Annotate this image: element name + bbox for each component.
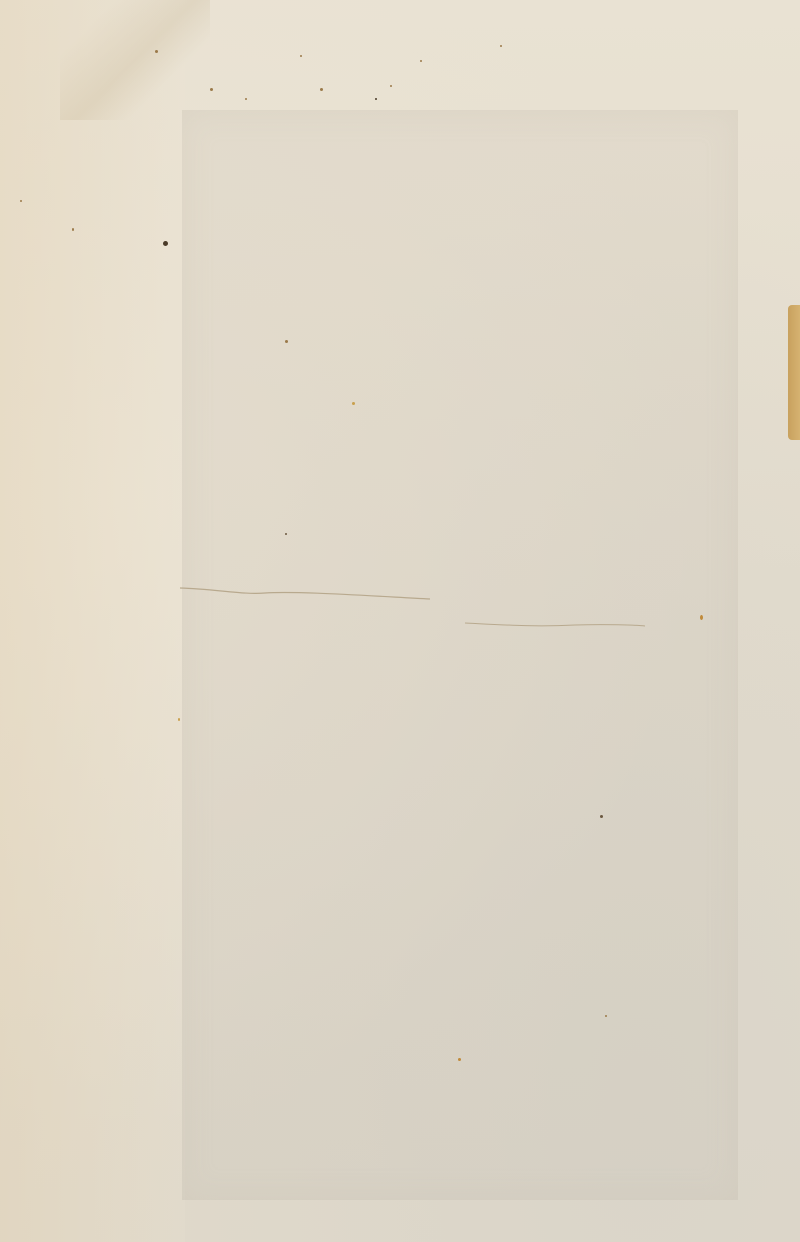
corner-stain bbox=[60, 0, 210, 120]
foxing-spot bbox=[375, 98, 377, 100]
foxing-spot bbox=[352, 402, 355, 405]
foxing-spot bbox=[178, 718, 180, 721]
foxing-spot bbox=[300, 55, 302, 57]
foxing-spot bbox=[285, 340, 288, 343]
foxing-spot bbox=[155, 50, 158, 53]
inner-panel bbox=[182, 110, 738, 1200]
foxing-spot bbox=[390, 85, 392, 87]
foxing-spot bbox=[458, 1058, 461, 1061]
paper-crease bbox=[175, 585, 695, 635]
foxing-spot bbox=[285, 533, 287, 535]
foxing-spot bbox=[320, 88, 323, 91]
foxing-spot bbox=[500, 45, 502, 47]
foxing-spot bbox=[20, 200, 22, 202]
tape-remnant bbox=[788, 305, 800, 440]
paper-sheet bbox=[0, 0, 800, 1242]
foxing-spot bbox=[700, 615, 703, 620]
foxing-spot bbox=[600, 815, 603, 818]
foxing-spot bbox=[245, 98, 247, 100]
foxing-spot bbox=[420, 60, 422, 62]
foxing-spot bbox=[210, 88, 213, 91]
foxing-spot bbox=[163, 241, 168, 246]
foxing-spot bbox=[72, 228, 74, 231]
left-margin-stain bbox=[0, 0, 185, 1242]
foxing-spot bbox=[605, 1015, 607, 1017]
